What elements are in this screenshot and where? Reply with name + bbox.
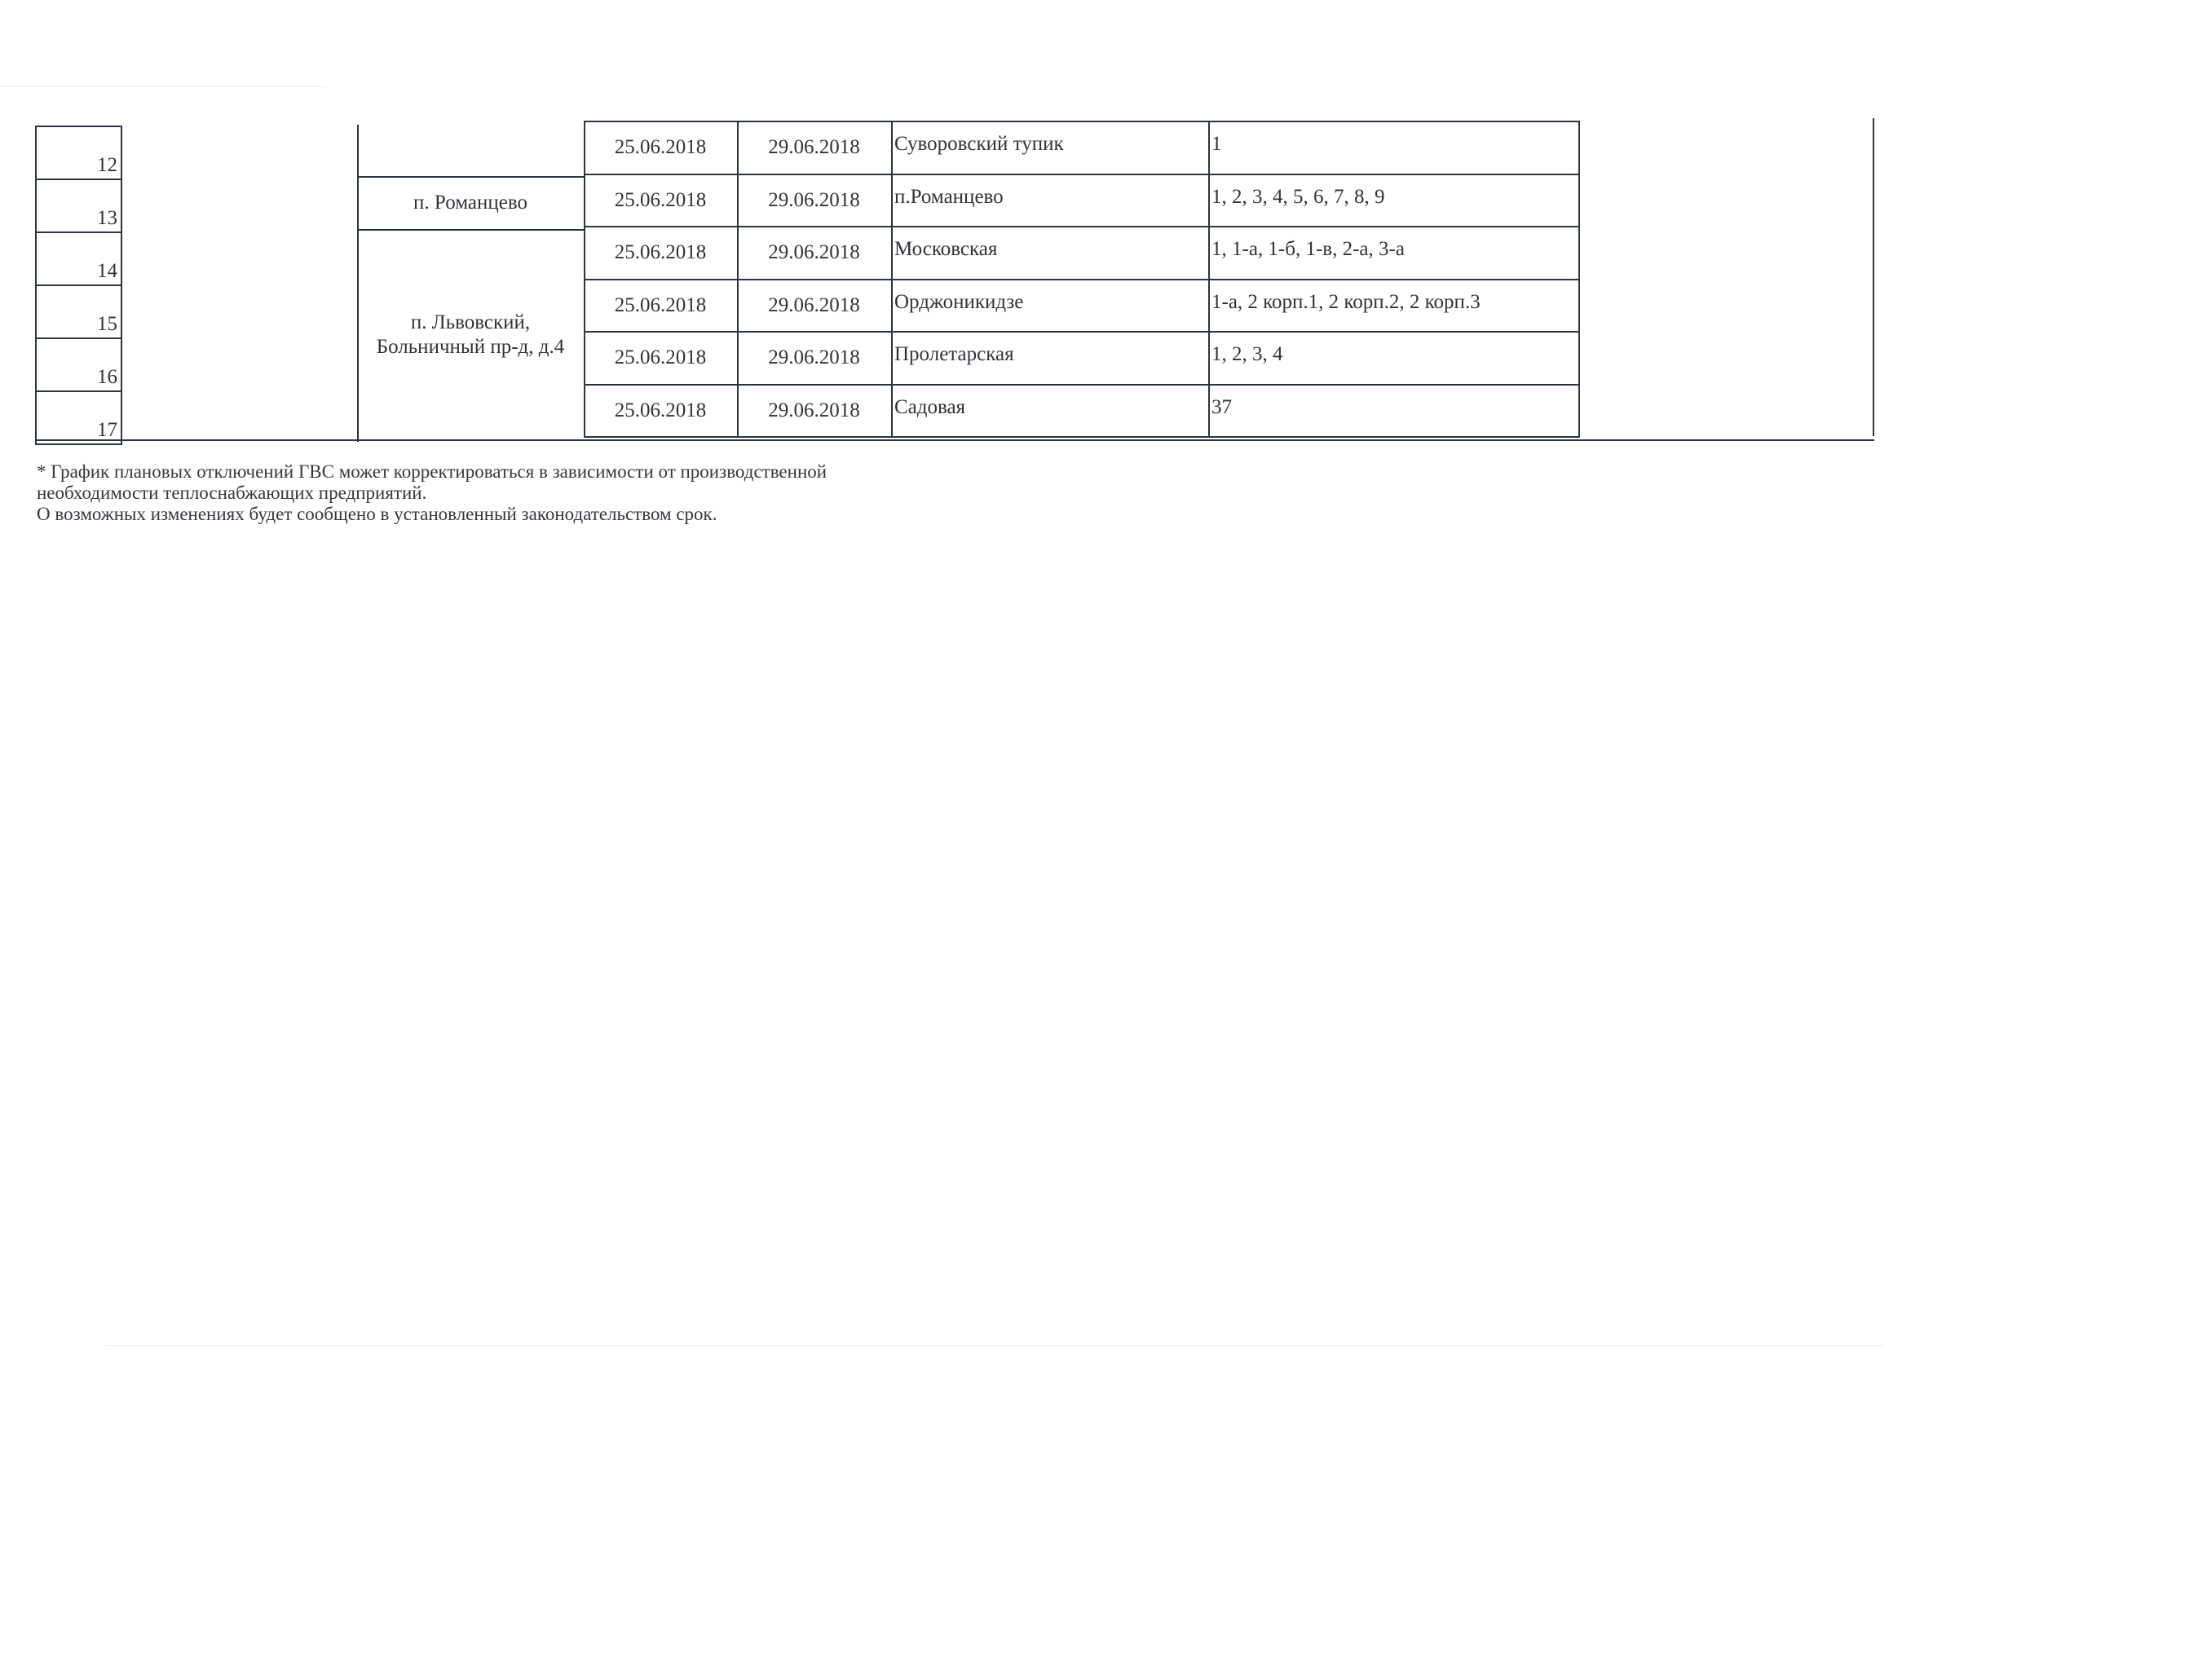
houses-cell: 1, 2, 3, 4, 5, 6, 7, 8, 9: [1208, 174, 1578, 227]
end-date-cell: 29.06.2018: [737, 121, 891, 174]
locality-cell: [357, 125, 584, 176]
start-date-cell: 25.06.2018: [584, 226, 737, 279]
street-cell: Пролетарская: [891, 331, 1208, 384]
table-bottom-border: [35, 439, 1874, 441]
locality-cell: п. Романцево: [357, 176, 584, 229]
locality-line: п. Львовский,: [411, 311, 530, 335]
street-cell: п.Романцево: [891, 174, 1208, 227]
end-date-cell: 29.06.2018: [737, 174, 891, 227]
footnote-line-1: * График плановых отключений ГВС может к…: [37, 461, 827, 483]
houses-cell: 37: [1208, 384, 1578, 437]
footnote: * График плановых отключений ГВС может к…: [37, 461, 827, 525]
number-row-border: [35, 443, 122, 445]
houses-cell: 1, 1-а, 1-б, 1-в, 2-а, 3-а: [1208, 226, 1578, 279]
row-number: 12: [35, 126, 121, 179]
locality-cell: п. Львовский,Больничный пр-д, д.4: [357, 229, 584, 440]
street-cell: Орджоникидзе: [891, 279, 1208, 332]
scan-artifact-top: [0, 86, 326, 87]
footnote-line-3: О возможных изменениях будет сообщено в …: [37, 504, 827, 525]
street-cell: Суворовский тупик: [891, 121, 1208, 174]
row-number: 14: [35, 231, 121, 284]
end-date-cell: 29.06.2018: [737, 279, 891, 332]
row-number: 16: [35, 337, 121, 390]
scan-artifact-bottom: [106, 1345, 1883, 1346]
outer-right-border: [1873, 118, 1874, 436]
start-date-cell: 25.06.2018: [584, 121, 737, 174]
start-date-cell: 25.06.2018: [584, 174, 737, 227]
street-cell: Садовая: [891, 384, 1208, 437]
houses-cell: 1: [1208, 121, 1578, 174]
start-date-cell: 25.06.2018: [584, 279, 737, 332]
end-date-cell: 29.06.2018: [737, 331, 891, 384]
row-number: 17: [35, 390, 121, 443]
locality-line: Больничный пр-д, д.4: [377, 335, 564, 359]
footnote-line-2: необходимости теплоснабжающих предприяти…: [37, 483, 827, 504]
houses-cell: 1-а, 2 корп.1, 2 корп.2, 2 корп.3: [1208, 279, 1578, 332]
locality-line: п. Романцево: [413, 191, 527, 215]
row-number: 15: [35, 284, 121, 337]
start-date-cell: 25.06.2018: [584, 384, 737, 437]
end-date-cell: 29.06.2018: [737, 226, 891, 279]
houses-cell: 1, 2, 3, 4: [1208, 331, 1578, 384]
start-date-cell: 25.06.2018: [584, 331, 737, 384]
street-cell: Московская: [891, 226, 1208, 279]
row-number: 13: [35, 179, 121, 231]
end-date-cell: 29.06.2018: [737, 384, 891, 437]
